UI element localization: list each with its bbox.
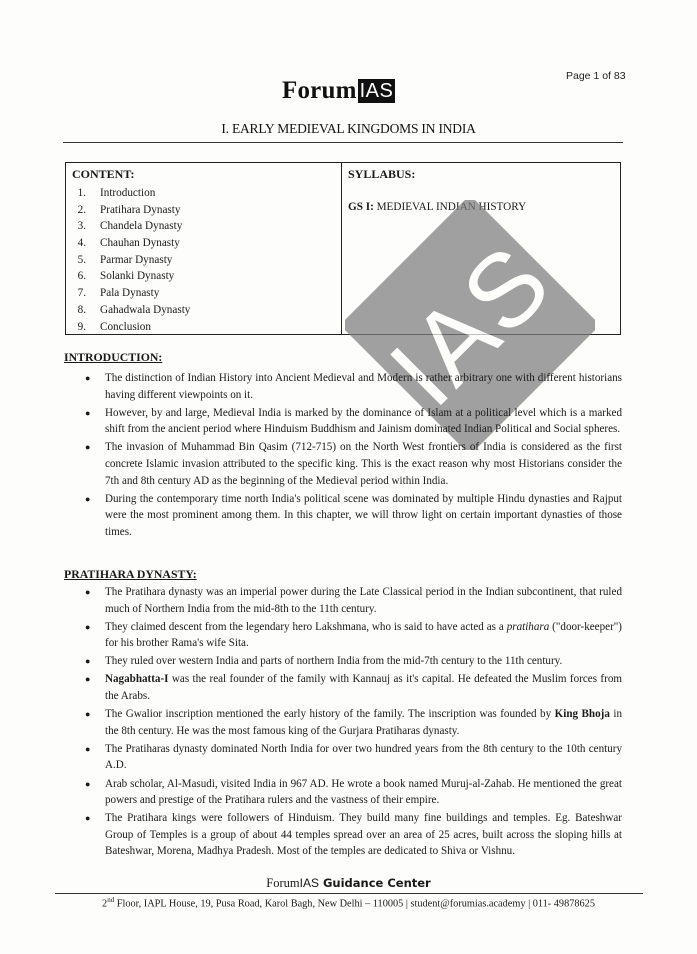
list-item: ●The distinction of Indian History into … [72,370,622,403]
page-number: Page 1 of 83 [566,70,626,82]
bullet-icon: ● [85,653,90,670]
toc-label: Parmar Dynasty [100,252,172,269]
toc-number: 5. [72,252,100,269]
syllabus-heading: SYLLABUS: [348,167,526,182]
toc-number: 3. [72,218,100,235]
bullet-icon: ● [85,491,90,508]
toc-number: 4. [72,235,100,252]
footer-guidance-center: Guidance Center [319,876,431,890]
content-column: CONTENT: 1.Introduction2.Pratihara Dynas… [72,167,190,335]
bullet-text: However, by and large, Medieval India is… [105,407,622,436]
footer-title: ForumIAS Guidance Center [0,876,697,891]
toc-item: 9.Conclusion [72,319,190,336]
list-item: ●The Pratihara dynasty was an imperial p… [72,584,622,617]
bullet-text: The Gwalior inscription mentioned the ea… [105,708,555,720]
toc-item: 2.Pratihara Dynasty [72,202,190,219]
bullet-icon: ● [85,405,90,422]
list-item: ●They ruled over western India and parts… [72,653,622,670]
list-item: ●During the contemporary time north Indi… [72,491,622,541]
document-page: Page 1 of 83 Forum IAS I. EARLY MEDIEVAL… [0,0,697,954]
bullet-text: The Pratihara kings were followers of Hi… [105,812,622,857]
bullet-icon: ● [85,671,90,688]
introduction-heading: INTRODUCTION: [64,350,162,365]
address-text: Floor, IAPL House, 19, Pusa Road, Karol … [114,898,595,909]
footer-brand-ias: IAS [300,876,319,890]
bullet-icon: ● [85,370,90,387]
syllabus-prefix: GS I: [348,201,374,213]
bullet-icon: ● [85,810,90,827]
pratihara-heading: PRATIHARA DYNASTY: [64,567,197,582]
toc-number: 7. [72,285,100,302]
footer-divider [55,893,643,894]
footer-address: 2nd Floor, IAPL House, 19, Pusa Road, Ka… [0,896,697,909]
bullet-text: was the real founder of the family with … [105,673,622,702]
list-item: ●The Pratihara kings were followers of H… [72,810,622,860]
syllabus-subject: MEDIEVAL INDIAN HISTORY [374,201,526,213]
toc-number: 2. [72,202,100,219]
list-item: ●The Gwalior inscription mentioned the e… [72,706,622,739]
toc-label: Pala Dynasty [100,285,159,302]
toc-number: 8. [72,302,100,319]
list-item: ●The Pratiharas dynasty dominated North … [72,741,622,774]
logo-forum-text: Forum [282,77,357,105]
list-item: ●However, by and large, Medieval India i… [72,405,622,438]
table-of-contents: 1.Introduction2.Pratihara Dynasty3.Chand… [72,185,190,335]
bullet-text: The Pratiharas dynasty dominated North I… [105,743,622,772]
toc-number: 9. [72,319,100,336]
bullet-icon: ● [85,776,90,793]
syllabus-value: GS I: MEDIEVAL INDIAN HISTORY [348,201,526,213]
bullet-text: The distinction of Indian History into A… [105,372,622,401]
title-divider [63,142,623,143]
box-divider [341,163,342,334]
list-item: ●They claimed descent from the legendary… [72,619,622,652]
toc-item: 4.Chauhan Dynasty [72,235,190,252]
toc-number: 6. [72,268,100,285]
footer-brand-forum: Forum [266,876,299,890]
syllabus-column: SYLLABUS: GS I: MEDIEVAL INDIAN HISTORY [348,167,526,213]
toc-item: 1.Introduction [72,185,190,202]
content-syllabus-box: CONTENT: 1.Introduction2.Pratihara Dynas… [65,162,621,335]
toc-label: Chandela Dynasty [100,218,182,235]
toc-item: 7.Pala Dynasty [72,285,190,302]
bullet-text: The Pratihara dynasty was an imperial po… [105,586,622,615]
pratihara-list: ●The Pratihara dynasty was an imperial p… [72,584,622,862]
introduction-list: ●The distinction of Indian History into … [72,370,622,542]
list-item: ●Arab scholar, Al-Masudi, visited India … [72,776,622,809]
toc-label: Conclusion [100,319,151,336]
toc-label: Solanki Dynasty [100,268,174,285]
bullet-bold-text: King Bhoja [555,708,610,720]
content-heading: CONTENT: [72,167,190,182]
forumias-logo: Forum IAS [282,76,395,106]
toc-label: Introduction [100,185,155,202]
toc-item: 5.Parmar Dynasty [72,252,190,269]
toc-number: 1. [72,185,100,202]
list-item: ●The invasion of Muhammad Bin Qasim (712… [72,439,622,489]
toc-item: 3.Chandela Dynasty [72,218,190,235]
bullet-text: During the contemporary time north India… [105,493,622,538]
bullet-icon: ● [85,439,90,456]
bullet-icon: ● [85,706,90,723]
bullet-italic-text: pratihara [507,621,550,633]
bullet-text: Arab scholar, Al-Masudi, visited India i… [105,778,622,807]
toc-label: Chauhan Dynasty [100,235,180,252]
bullet-text: They ruled over western India and parts … [105,655,562,667]
bullet-icon: ● [85,619,90,636]
bullet-icon: ● [85,741,90,758]
bullet-bold-text: Nagabhatta-I [105,673,169,685]
toc-label: Pratihara Dynasty [100,202,180,219]
chapter-title: I. EARLY MEDIEVAL KINGDOMS IN INDIA [0,121,697,137]
bullet-text: The invasion of Muhammad Bin Qasim (712-… [105,441,622,486]
logo-ias-badge: IAS [358,79,396,103]
list-item: ●Nagabhatta-I was the real founder of th… [72,671,622,704]
toc-item: 6.Solanki Dynasty [72,268,190,285]
bullet-icon: ● [85,584,90,601]
toc-label: Gahadwala Dynasty [100,302,190,319]
bullet-text: They claimed descent from the legendary … [105,621,507,633]
toc-item: 8.Gahadwala Dynasty [72,302,190,319]
